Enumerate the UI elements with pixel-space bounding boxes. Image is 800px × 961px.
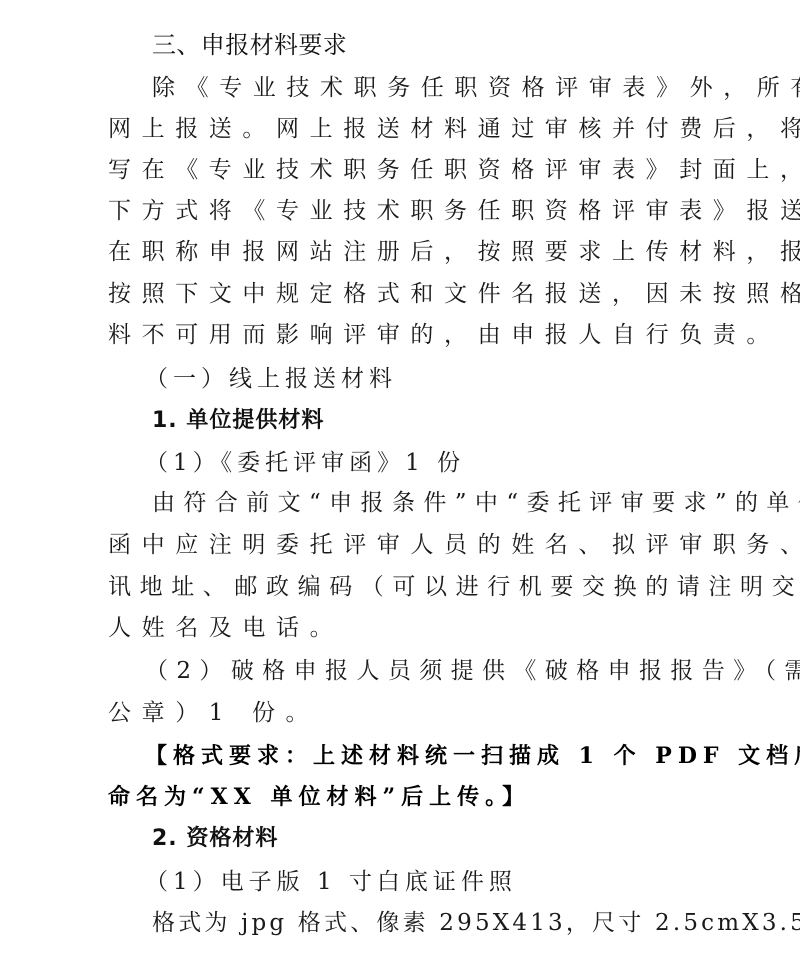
format-requirement-line: 命名为“XX 单位材料”后上传。】: [108, 777, 708, 817]
entrust-letter-line: 由符合前文“申报条件”中“委托评审要求”的单位出具。: [152, 483, 752, 523]
exceptional-report-line: 公章）1 份。: [108, 693, 708, 733]
entrust-letter-line: 人姓名及电话。: [108, 608, 708, 648]
format-requirement-line: 【格式要求：上述材料统一扫描成 1 个 PDF 文档后上传，: [145, 736, 745, 776]
sub-item-title-id-photo: （1）电子版 1 寸白底证件照: [145, 862, 745, 902]
entrust-letter-line: 函中应注明委托评审人员的姓名、拟评审职务、委托单位的通: [108, 525, 708, 565]
intro-paragraph-line: 写在《专业技术职务任职资格评审表》封面上，通过邮寄等线: [108, 150, 708, 190]
intro-paragraph-line: 在职称申报网站注册后，按照要求上传材料，报送材料请严格: [108, 232, 708, 272]
id-photo-spec-line: 格式为 jpg 格式、像素 295X413，尺寸 2.5cmX3.5cm，大小: [152, 903, 752, 943]
exceptional-report-line: （2）破格申报人员须提供《破格申报报告》（需加盖单位: [145, 651, 745, 691]
intro-paragraph-line: 除《专业技术职务任职资格评审表》外，所有材料均采用: [152, 68, 752, 108]
section-heading: 三、申报材料要求: [152, 25, 752, 65]
entrust-letter-line: 讯地址、邮政编码（可以进行机要交换的请注明交换号）、联系: [108, 567, 708, 607]
item-heading-qualification-materials: 2. 资格材料: [152, 819, 752, 859]
item-heading-unit-materials: 1. 单位提供材料: [152, 401, 752, 441]
sub-item-title-entrust-letter: （1）《委托评审函》1 份: [145, 443, 745, 483]
document-page: 三、申报材料要求 除《专业技术职务任职资格评审表》外，所有材料均采用 网上报送。…: [0, 0, 800, 961]
intro-paragraph-line: 料不可用而影响评审的，由申报人自行负责。: [108, 315, 708, 355]
subsection-heading-online: （一）线上报送材料: [145, 359, 745, 399]
intro-paragraph-line: 按照下文中规定格式和文件名报送，因未按照格式报送造成材: [108, 274, 708, 314]
intro-paragraph-line: 网上报送。网上报送材料通过审核并付费后，将申报档案号填: [108, 109, 708, 149]
intro-paragraph-line: 下方式将《专业技术职务任职资格评审表》报送我办。申报人: [108, 191, 708, 231]
